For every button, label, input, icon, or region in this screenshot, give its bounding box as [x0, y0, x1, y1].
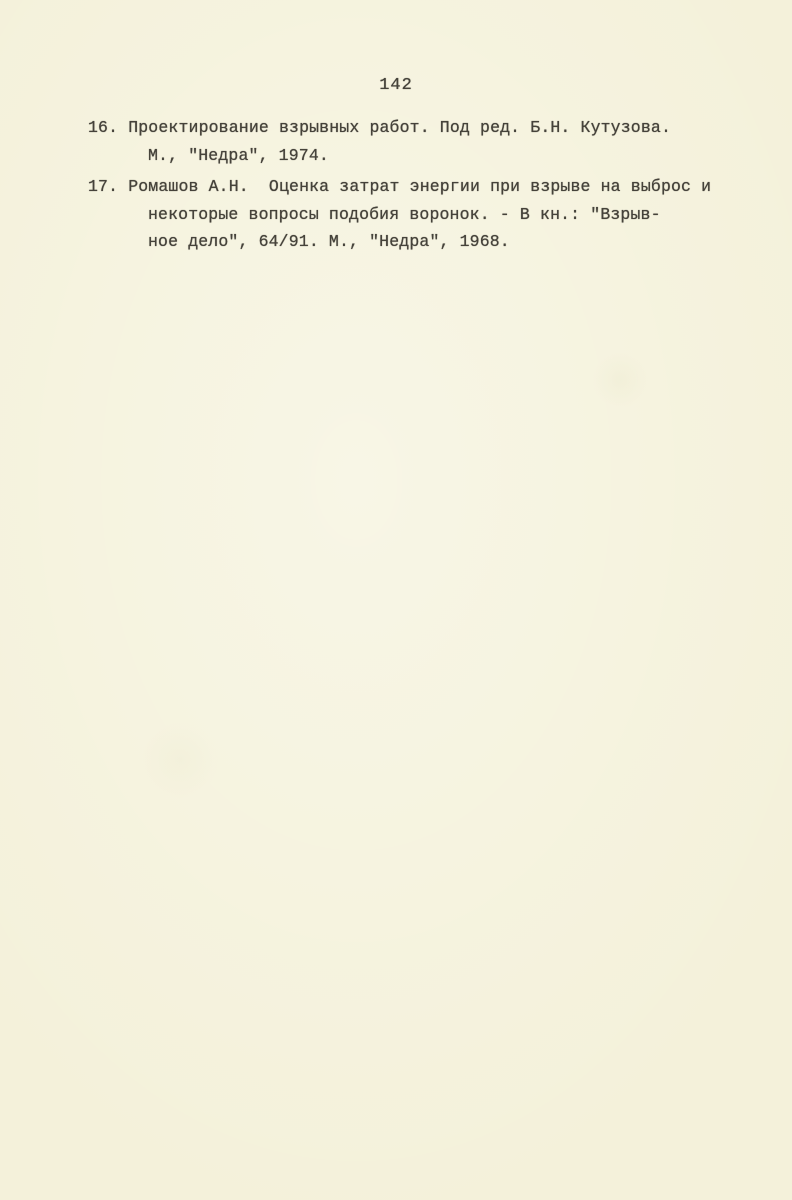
reference-item-17: 17. Ромашов А.Н. Оценка затрат энергии п…	[88, 173, 738, 256]
reference-16-line-2: М., "Недра", 1974.	[148, 142, 738, 170]
page-number: 142	[0, 76, 792, 95]
reference-17-line-2: некоторые вопросы подобия воронок. - В к…	[148, 201, 738, 229]
reference-17-line-1: 17. Ромашов А.Н. Оценка затрат энергии п…	[88, 173, 738, 201]
reference-list: 16. Проектирование взрывных работ. Под р…	[88, 114, 738, 260]
reference-item-16: 16. Проектирование взрывных работ. Под р…	[88, 114, 738, 169]
reference-17-line-3: ное дело", 64/91. М., "Недра", 1968.	[148, 228, 738, 256]
reference-16-line-1: 16. Проектирование взрывных работ. Под р…	[88, 114, 738, 142]
scanned-document-page: 142 16. Проектирование взрывных работ. П…	[0, 0, 792, 1200]
